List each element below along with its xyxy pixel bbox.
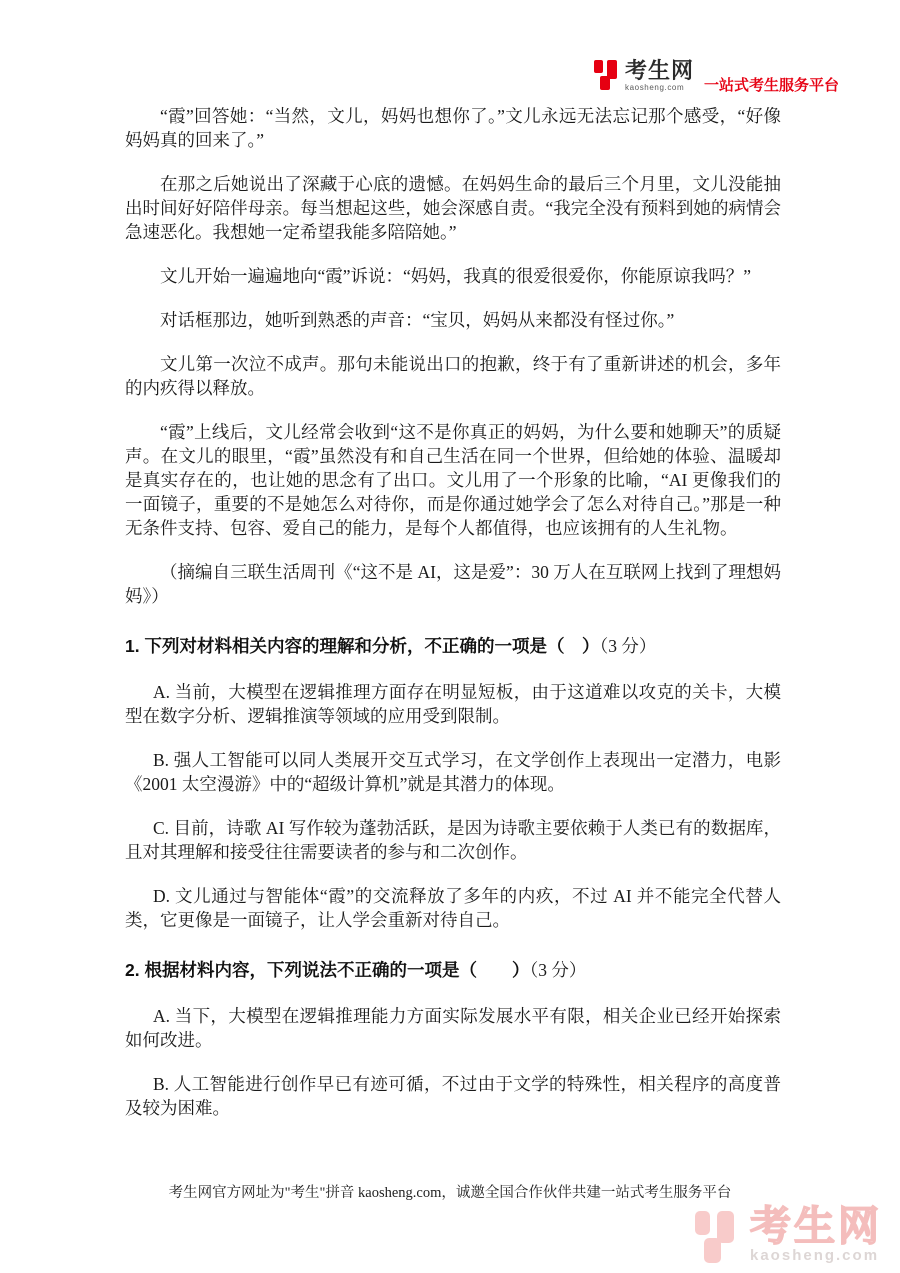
logo-site-domain: kaosheng.com [625,83,694,92]
question-2-option-b: B. 人工智能进行创作早已有迹可循，不过由于文学的特殊性，相关程序的高度普及较为… [125,1072,781,1120]
question-1-stem: 1. 下列对材料相关内容的理解和分析，不正确的一项是（ ）（3 分） [125,634,781,658]
logo-tagline: 一站式考生服务平台 [704,74,839,95]
logo-block [600,76,610,90]
watermark-site-name: 考生网 [750,1205,882,1247]
article-paragraph: 文儿开始一遍遍地向“霞”诉说：“妈妈，我真的很爱很爱你，你能原谅我吗？” [125,264,781,288]
logo-block [695,1211,710,1235]
question-1-option-c: C. 目前，诗歌 AI 写作较为蓬勃活跃，是因为诗歌主要依赖于人类已有的数据库，… [125,816,781,864]
kaosheng-logo-icon [594,59,621,93]
logo-text-column: 考生网 kaosheng.com [625,59,694,92]
question-2-option-a: A. 当下，大模型在逻辑推理能力方面实际发展水平有限，相关企业已经开始探索如何改… [125,1004,781,1052]
document-content: “霞”回答她：“当然，文儿，妈妈也想你了。”文儿永远无法忘记那个感受，“好像妈妈… [125,104,781,1140]
question-2-stem: 2. 根据材料内容，下列说法不正确的一项是（ ）（3 分） [125,958,781,982]
logo-block [594,60,603,73]
question-2-score: （3 分） [529,960,586,980]
question-1-option-d: D. 文儿通过与智能体“霞”的交流释放了多年的内疚，不过 AI 并不能完全代替人… [125,884,781,932]
kaosheng-watermark-icon [693,1209,743,1265]
exam-document-page: { "header": { "logo": { "text": "考生网", "… [0,0,900,1273]
watermark-text-column: 考生网 kaosheng.com [750,1205,882,1264]
article-paragraph: “霞”上线后，文儿经常会收到“这不是你真正的妈妈，为什么要和她聊天”的质疑声。在… [125,420,781,540]
question-1-stem-text: 1. 下列对材料相关内容的理解和分析，不正确的一项是（ ） [125,636,599,656]
site-header: 考生网 kaosheng.com 一站式考生服务平台 [594,59,839,95]
article-paragraph: 对话框那边，她听到熟悉的声音：“宝贝，妈妈从来都没有怪过你。” [125,308,781,332]
logo-block [704,1238,721,1263]
page-footer-text: 考生网官方网址为"考生"拼音 kaosheng.com，诚邀全国合作伙伴共建一站… [0,1181,900,1202]
question-1-option-a: A. 当前，大模型在逻辑推理方面存在明显短板，由于这道难以攻克的关卡，大模型在数… [125,680,781,728]
article-source-citation: （摘编自三联生活周刊《“这不是 AI，这是爱”：30 万人在互联网上找到了理想妈… [125,560,781,608]
question-1-score: （3 分） [599,636,656,656]
kaosheng-watermark: 考生网 kaosheng.com [693,1205,882,1265]
logo-block [717,1211,734,1243]
article-paragraph: “霞”回答她：“当然，文儿，妈妈也想你了。”文儿永远无法忘记那个感受，“好像妈妈… [125,104,781,152]
question-2-stem-text: 2. 根据材料内容，下列说法不正确的一项是（ ） [125,960,529,980]
logo-site-name: 考生网 [625,59,694,83]
article-paragraph: 文儿第一次泣不成声。那句未能说出口的抱歉，终于有了重新讲述的机会，多年的内疚得以… [125,352,781,400]
watermark-site-domain: kaosheng.com [750,1247,882,1264]
article-paragraph: 在那之后她说出了深藏于心底的遗憾。在妈妈生命的最后三个月里，文儿没能抽出时间好好… [125,172,781,244]
question-1-option-b: B. 强人工智能可以同人类展开交互式学习，在文学创作上表现出一定潜力，电影《20… [125,748,781,796]
